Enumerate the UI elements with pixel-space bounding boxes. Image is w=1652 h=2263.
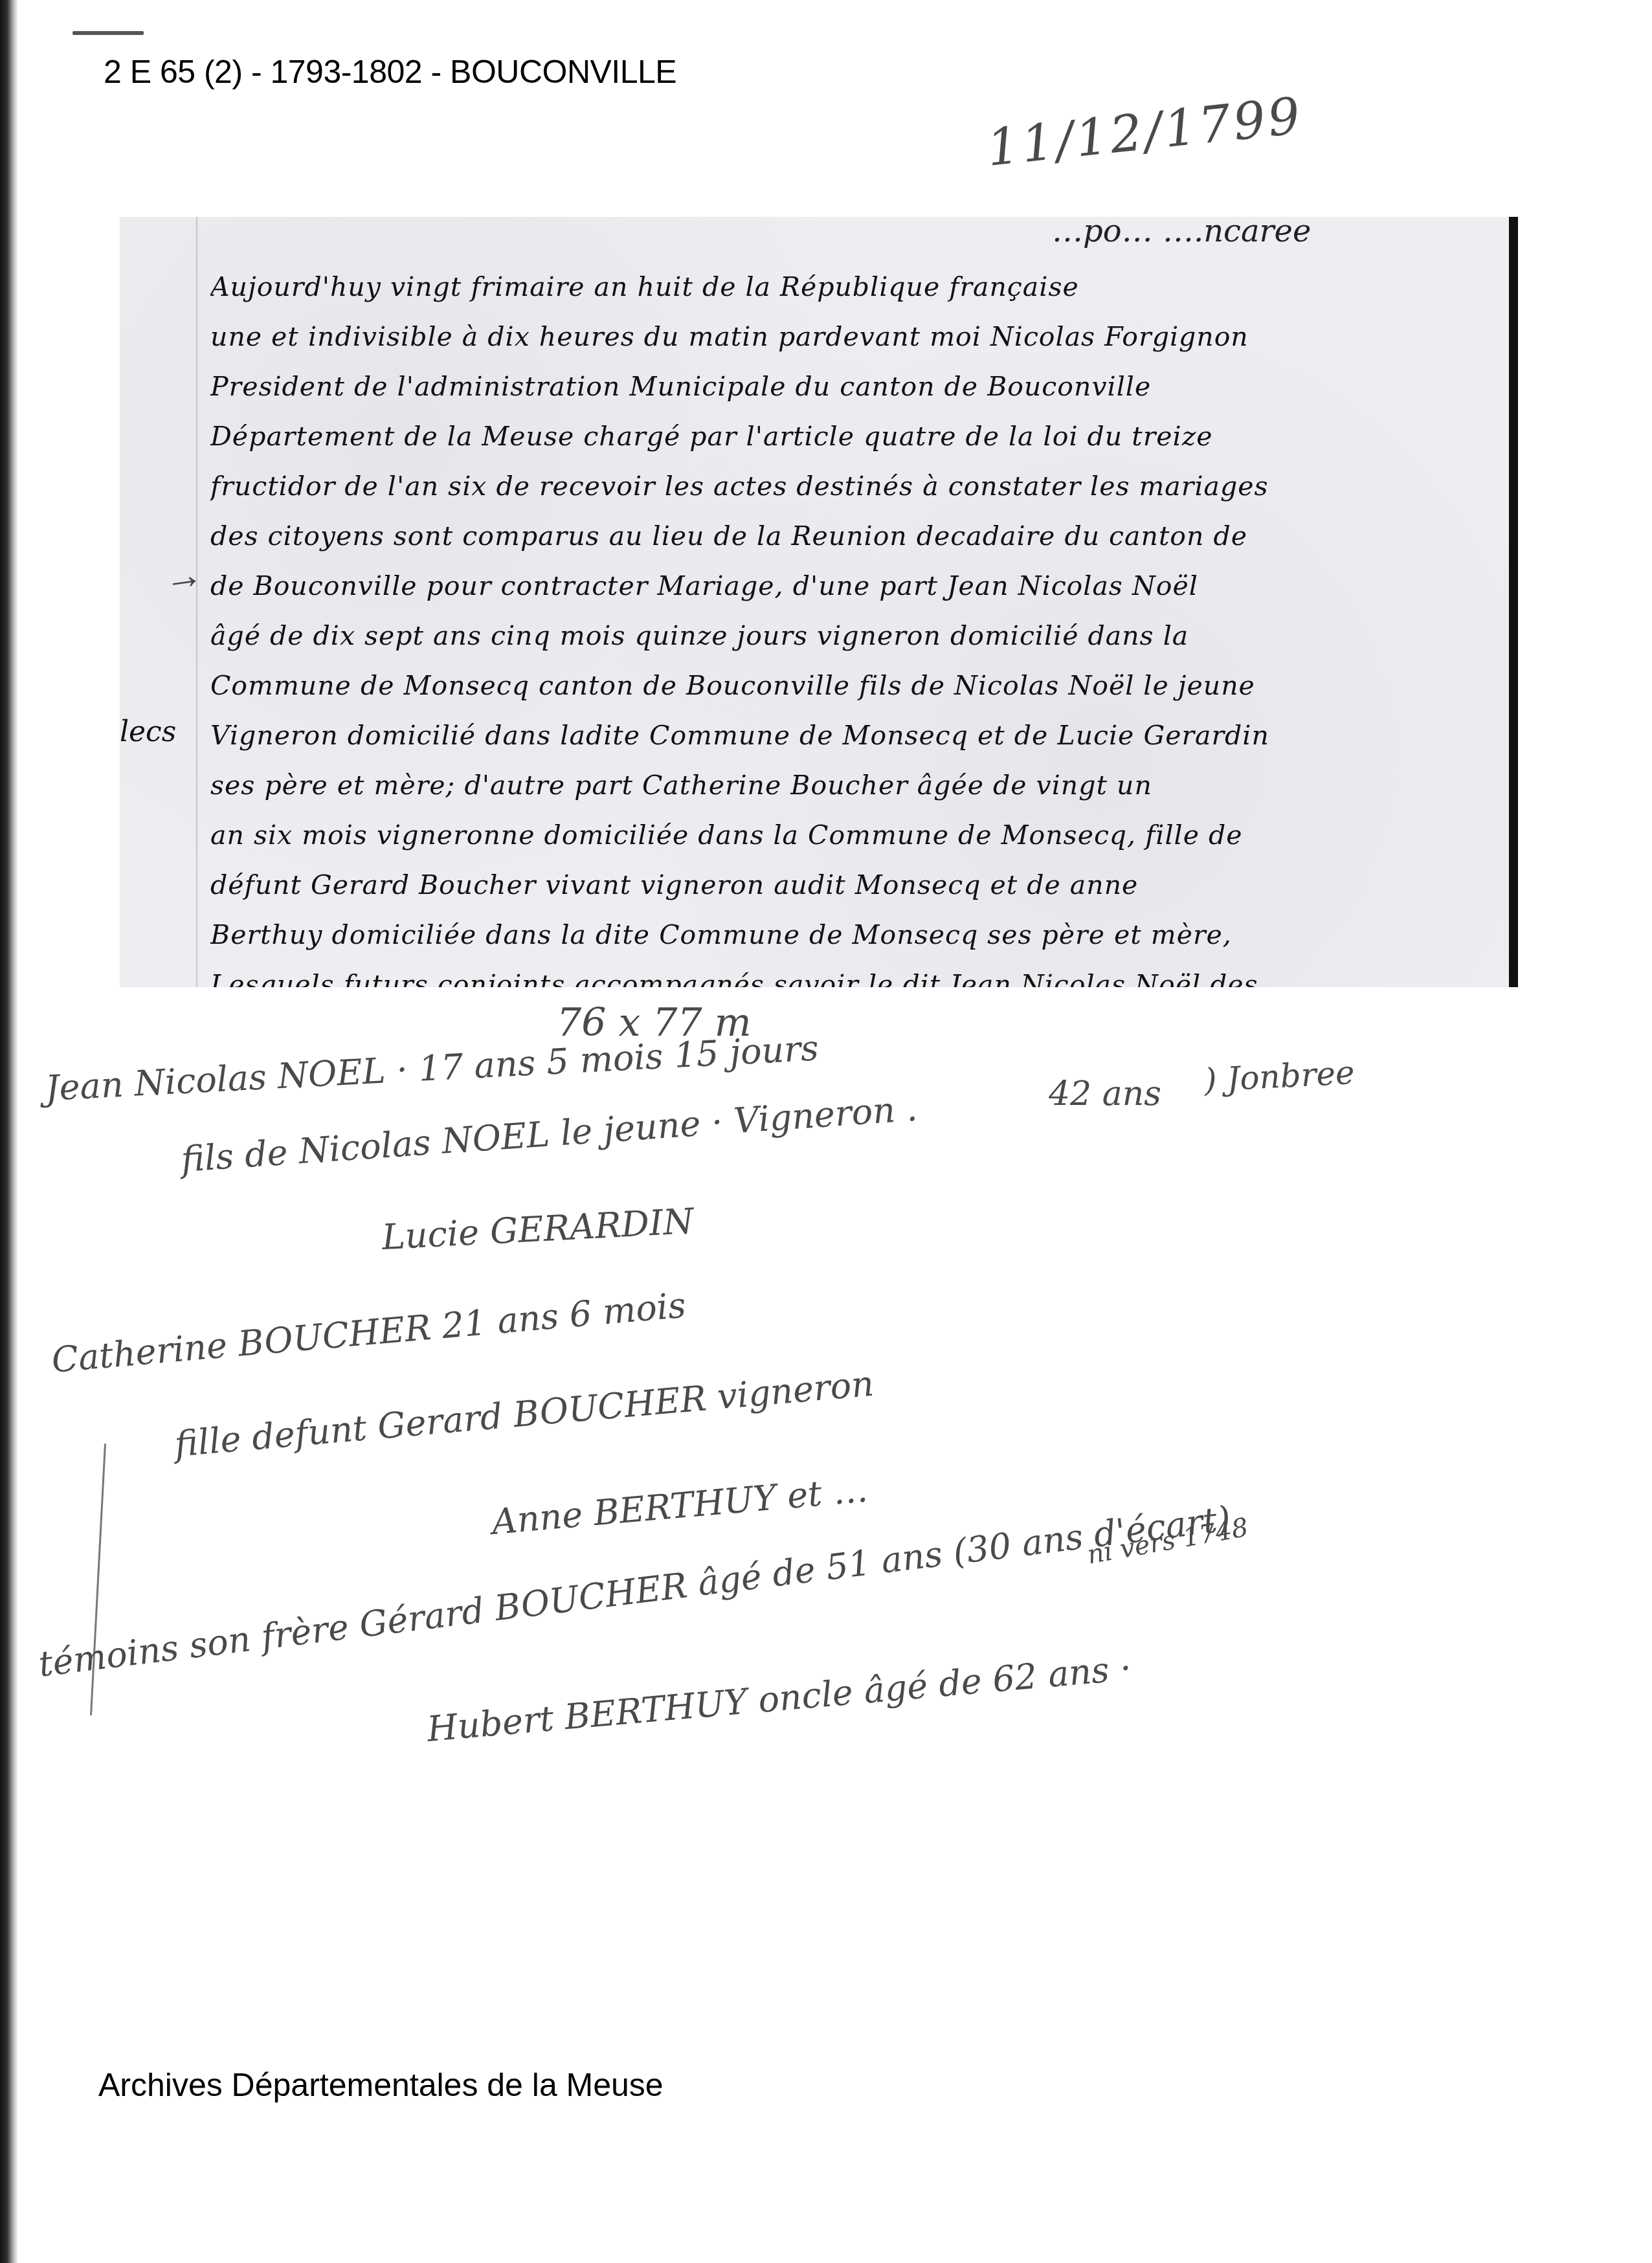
bride-father-note: fille defunt Gerard BOUCHER vigneron <box>173 1363 875 1465</box>
archive-reference-header: 2 E 65 (2) - 1793-1802 - BOUCONVILLE <box>104 53 676 91</box>
witness-2-note: Hubert BERTHUY oncle âgé de 62 ans · <box>425 1647 1133 1750</box>
bride-note: Catherine BOUCHER 21 ans 6 mois <box>50 1284 687 1380</box>
manuscript-line: une et indivisible à dix heures du matin… <box>210 312 1512 362</box>
manuscript-line: âgé de dix sept ans cinq mois quinze jou… <box>210 611 1512 661</box>
pencil-date-annotation: 11/12/1799 <box>984 87 1305 178</box>
groom-father-note: fils de Nicolas NOEL le jeune · Vigneron… <box>180 1088 919 1180</box>
manuscript-line: Berthuy domiciliée dans la dite Commune … <box>210 910 1512 960</box>
manuscript-line: President de l'administration Municipale… <box>210 362 1512 412</box>
margin-note: lecs <box>120 715 176 748</box>
manuscript-line: an six mois vigneronne domiciliée dans l… <box>210 810 1512 860</box>
groom-mother-note: Lucie GERARDIN <box>381 1201 695 1258</box>
manuscript-text: Aujourd'huy vingt frimaire an huit de la… <box>210 262 1512 987</box>
scan-shadow-edge <box>0 0 18 2263</box>
manuscript-line: ses père et mère; d'autre part Catherine… <box>210 761 1512 810</box>
groom-side-note: ) Jonbree <box>1203 1054 1356 1099</box>
manuscript-line: Aujourd'huy vingt frimaire an huit de la… <box>210 262 1512 312</box>
binding-mark <box>73 31 144 35</box>
groom-father-age-note: 42 ans <box>1049 1075 1161 1113</box>
manuscript-line: Commune de Monsecq canton de Bouconville… <box>210 661 1512 711</box>
manuscript-line: fructidor de l'an six de recevoir les ac… <box>210 462 1512 511</box>
manuscript-margin-rule <box>196 217 197 987</box>
manuscript-line: Lesquels futurs conjoints accompagnés sa… <box>210 960 1512 987</box>
manuscript-line: de Bouconville pour contracter Mariage, … <box>210 561 1512 611</box>
margin-arrow-icon: → <box>161 551 205 601</box>
manuscript-line: Vigneron domicilié dans ladite Commune d… <box>210 711 1512 761</box>
manuscript-photocopy: …po… ….ncaree → lecs Aujourd'huy vingt f… <box>120 217 1518 987</box>
manuscript-line: des citoyens sont comparus au lieu de la… <box>210 511 1512 561</box>
manuscript-line: Département de la Meuse chargé par l'art… <box>210 412 1512 462</box>
groom-note: Jean Nicolas NOEL · 17 ans 5 mois 15 jou… <box>44 1027 820 1109</box>
manuscript-top-fragment: …po… ….ncaree <box>1052 217 1311 249</box>
archive-footer: Archives Départementales de la Meuse <box>98 2066 664 2104</box>
bride-mother-note: Anne BERTHUY et … <box>490 1469 869 1543</box>
manuscript-line: défunt Gerard Boucher vivant vigneron au… <box>210 860 1512 910</box>
